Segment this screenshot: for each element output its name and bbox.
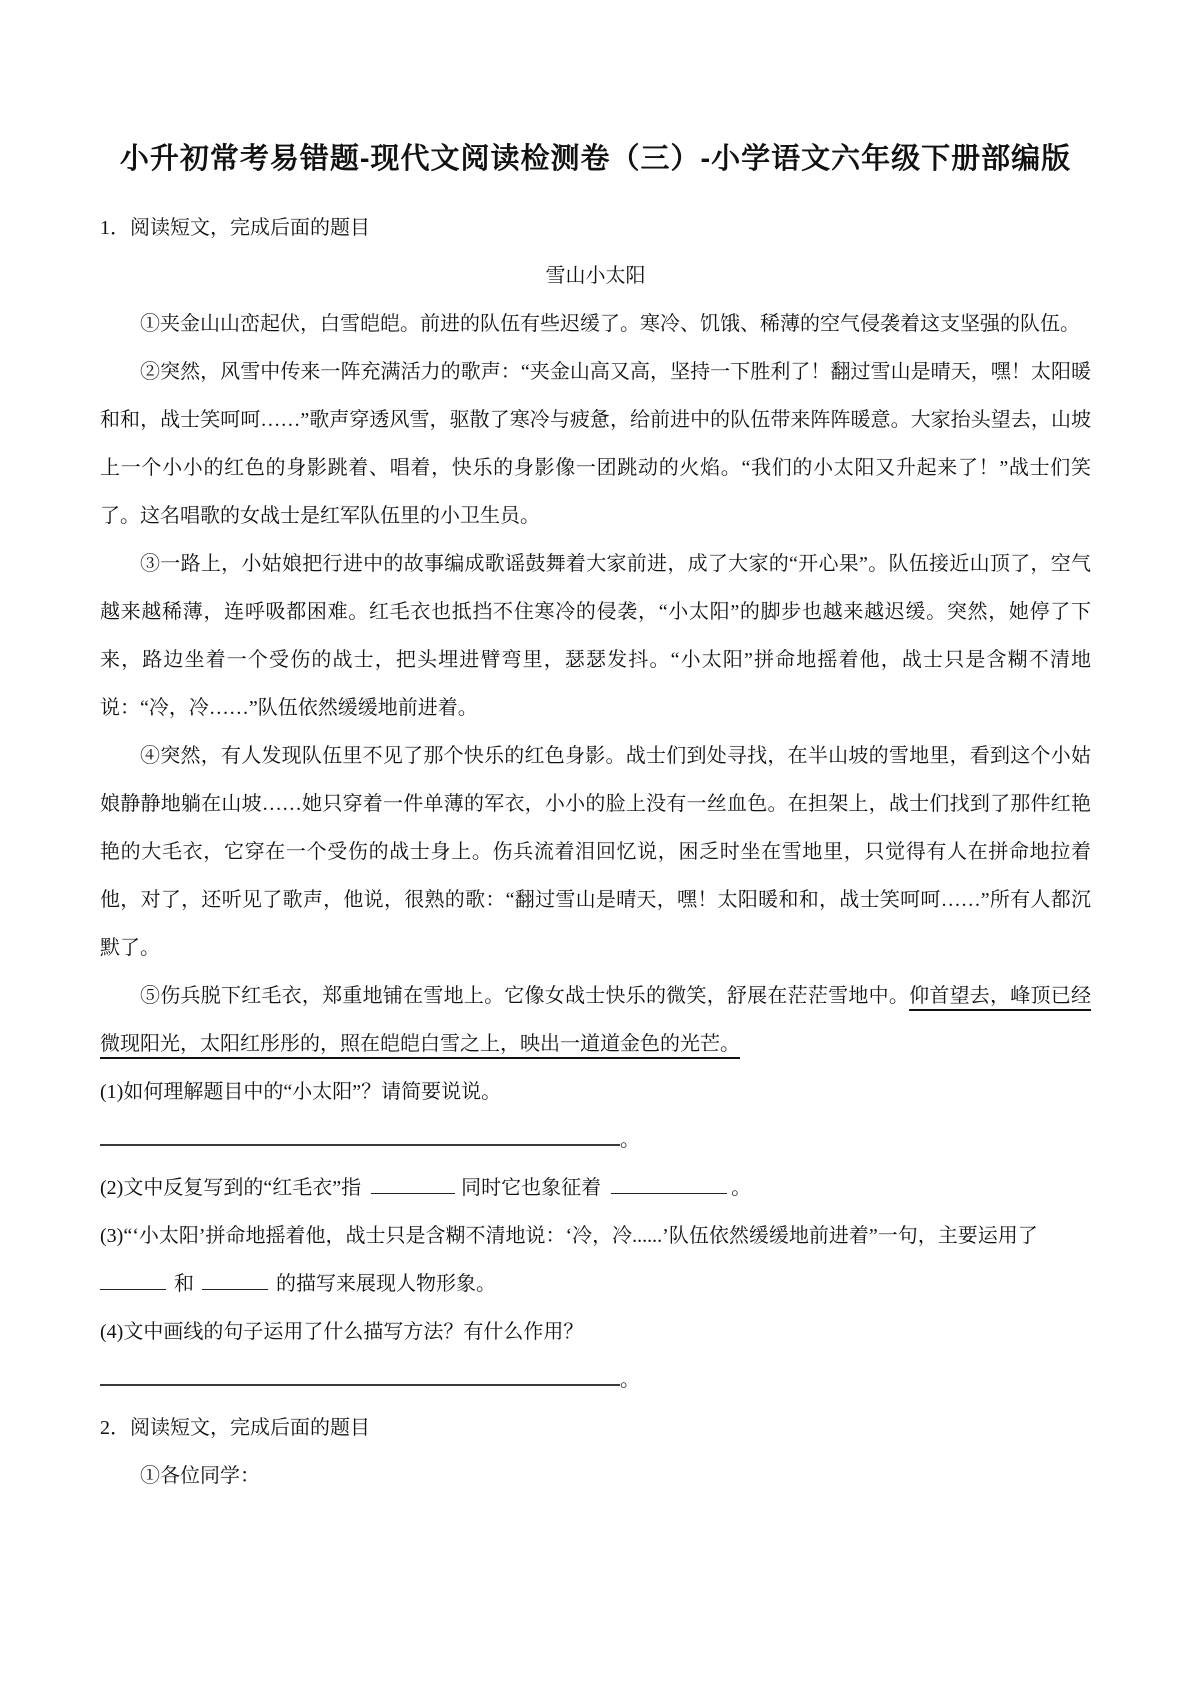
question-2-prefix: (2)文中反复写到的“红毛衣”指 [100,1177,361,1199]
question-3-line-2: 和的描写来展现人物形象。 [100,1260,1091,1308]
question-1: (1)如何理解题目中的“小太阳”？请简要说说。 [100,1068,1091,1116]
passage-paragraph-4: ④突然，有人发现队伍里不见了那个快乐的红色身影。战士们到处寻找，在半山坡的雪地里… [100,732,1091,972]
passage-paragraph-5-lead: ⑤伤兵脱下红毛衣，郑重地铺在雪地上。它像女战士快乐的微笑，舒展在茫茫雪地中。 [140,985,909,1007]
question-1-answer-period: 。 [620,1129,640,1151]
question-3-line-1: (3)“‘小太阳’拼命地摇着他，战士只是含糊不清地说：‘冷，冷......’队伍… [100,1212,1091,1260]
section1-header: 1．阅读短文，完成后面的题目 [100,204,1091,252]
question-3-blank-1 [100,1269,166,1290]
question-2-blank-1 [371,1173,455,1194]
question-2: (2)文中反复写到的“红毛衣”指同时它也象征着。 [100,1164,1091,1212]
question-3-mid: 和 [174,1273,194,1295]
passage-title: 雪山小太阳 [100,252,1091,300]
question-2-mid: 同时它也象征着 [461,1177,601,1199]
question-1-answer-row: 。 [100,1116,1091,1164]
passage-paragraph-5: ⑤伤兵脱下红毛衣，郑重地铺在雪地上。它像女战士快乐的微笑，舒展在茫茫雪地中。仰首… [100,972,1091,1068]
question-4-answer-blank [100,1360,620,1386]
question-1-answer-blank [100,1120,620,1146]
question-4-answer-period: 。 [620,1369,640,1391]
section2-first-line: ①各位同学： [100,1452,1091,1500]
document-body: 1．阅读短文，完成后面的题目 雪山小太阳 ①夹金山山峦起伏，白雪皑皑。前进的队伍… [100,204,1091,1500]
question-4: (4)文中画线的句子运用了什么描写方法？有什么作用？ [100,1308,1091,1356]
question-3-blank-2 [202,1269,268,1290]
passage-paragraph-3: ③一路上，小姑娘把行进中的故事编成歌谣鼓舞着大家前进，成了大家的“开心果”。队伍… [100,540,1091,732]
question-2-blank-2 [611,1173,727,1194]
document-title: 小升初常考易错题-现代文阅读检测卷（三）-小学语文六年级下册部编版 [100,140,1091,178]
passage-paragraph-1: ①夹金山山峦起伏，白雪皑皑。前进的队伍有些迟缓了。寒冷、饥饿、稀薄的空气侵袭着这… [100,300,1091,348]
question-4-answer-row: 。 [100,1356,1091,1404]
question-2-period: 。 [731,1177,751,1199]
document-page: 小升初常考易错题-现代文阅读检测卷（三）-小学语文六年级下册部编版 1．阅读短文… [0,0,1191,1684]
section2-header: 2．阅读短文，完成后面的题目 [100,1404,1091,1452]
passage-paragraph-2: ②突然，风雪中传来一阵充满活力的歌声：“夹金山高又高，坚持一下胜利了！翻过雪山是… [100,348,1091,540]
question-3-suffix: 的描写来展现人物形象。 [276,1273,496,1295]
